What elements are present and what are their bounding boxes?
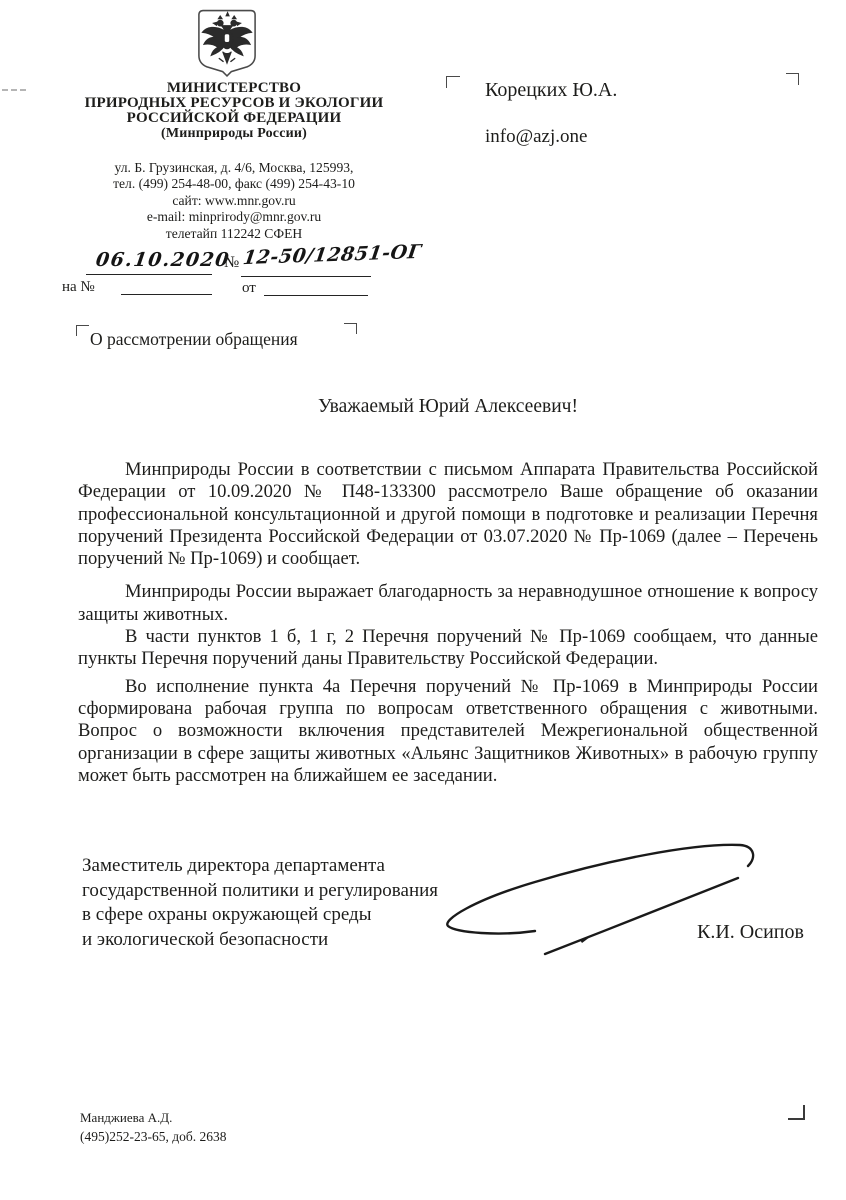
addressee-name: Корецких Ю.А. [485,79,617,102]
body-paragraph: Минприроды России в соответствии с письм… [78,459,818,570]
number-sign-label: № [224,254,239,272]
subject-crop-mark-right [344,323,357,334]
address-line: ул. Б. Грузинская, д. 4/6, Москва, 12599… [58,160,410,176]
teletype-line: телетайп 112242 СФЕН [58,226,410,242]
handwritten-outgoing-number: 12-50/12851-ОГ [241,241,422,269]
reply-to-underline [121,294,212,295]
addressee-crop-mark-top-right [786,73,799,85]
addressee-crop-mark-top-left [446,76,460,88]
scanned-letter-page: МИНИСТЕРСТВО ПРИРОДНЫХ РЕСУРСОВ И ЭКОЛОГ… [0,0,846,1200]
addressee-email: info@azj.one [485,126,587,148]
page-crop-mark-bottom-right [788,1105,805,1120]
letter-body: Минприроды России в соответствии с письм… [78,459,818,787]
from-label: от [242,280,256,297]
signer-name: К.И. Осипов [697,921,804,944]
scan-edge-artifact [2,89,26,91]
ministry-line: МИНИСТЕРСТВО [58,81,410,96]
executor-block: Манджиева А.Д. (495)252-23-65, доб. 2638 [80,1109,226,1146]
body-paragraph: В части пунктов 1 б, 1 г, 2 Перечня пору… [78,626,818,671]
body-paragraph: Минприроды России выражает благодарность… [78,581,818,626]
executor-phone: (495)252-23-65, доб. 2638 [80,1128,226,1147]
phone-line: тел. (499) 254-48-00, факс (499) 254-43-… [58,176,410,192]
subject-crop-mark-left [76,325,89,336]
date-underline [86,274,212,275]
body-paragraph: Во исполнение пункта 4а Перечня поручени… [78,676,818,787]
subject-line: О рассмотрении обращения [90,329,298,350]
handwritten-date: 06.10.2020 [94,249,231,271]
ministry-line: ПРИРОДНЫХ РЕСУРСОВ И ЭКОЛОГИИ [58,96,410,111]
website-line: сайт: www.mnr.gov.ru [58,193,410,209]
ministry-contact-block: ул. Б. Грузинская, д. 4/6, Москва, 12599… [58,160,410,242]
ministry-short-name: (Минприроды России) [58,126,410,141]
ministry-name-block: МИНИСТЕРСТВО ПРИРОДНЫХ РЕСУРСОВ И ЭКОЛОГ… [58,81,410,141]
russia-coat-of-arms-icon [196,8,258,78]
ministry-line: РОССИЙСКОЙ ФЕДЕРАЦИИ [58,111,410,126]
salutation: Уважаемый Юрий Алексеевич! [78,396,818,418]
email-line: e-mail: minprirody@mnr.gov.ru [58,209,410,225]
executor-name: Манджиева А.Д. [80,1109,226,1128]
reply-to-label: на № [62,279,95,296]
from-underline [264,295,368,296]
number-underline [241,276,371,277]
